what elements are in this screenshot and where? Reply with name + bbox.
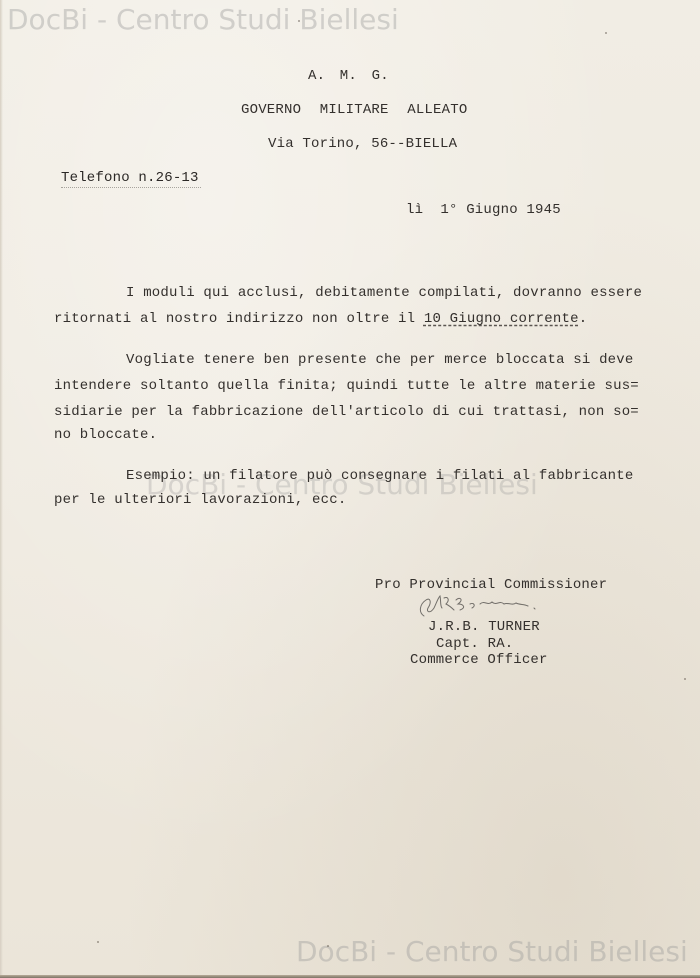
paragraph3-line2: per le ulteriori lavorazioni, ecc. [54,492,346,508]
signatory-rank: Capt. RA. [436,636,513,652]
deadline-underlined: 10 Giugno corrente [424,311,579,327]
letterhead-organization: GOVERNO MILITARE ALLEATO [241,102,467,118]
letterhead-address: Via Torino, 56--BIELLA [268,136,457,152]
paragraph2-line4: no bloccate. [54,427,157,443]
scanned-letter-page: DocBi - Centro Studi Biellesi DocBi - Ce… [0,0,700,978]
paragraph1-line2-suffix: . [579,311,588,327]
paper-speck [605,32,607,34]
telephone-dotted-line [61,187,201,190]
paper-speck [298,20,300,22]
paper-speck [684,678,686,680]
watermark-bottom: DocBi - Centro Studi Biellesi [296,935,688,968]
signatory-role: Commerce Officer [410,652,548,668]
letter-date: lì 1° Giugno 1945 [406,202,561,218]
paragraph2-line3: sidiarie per la fabbricazione dell'artic… [54,404,639,420]
letterhead-acronym: A. M. G. [308,68,389,84]
watermark-top: DocBi - Centro Studi Biellesi [7,3,399,36]
paragraph1-line2-prefix: ritornati al nostro indirizzo non oltre … [54,311,424,327]
paragraph3-line1: Esempio: un filatore può consegnare i fi… [126,468,633,484]
signatory-name: J.R.B. TURNER [428,619,540,635]
paragraph1-line2: ritornati al nostro indirizzo non oltre … [54,311,587,327]
paper-speck [97,941,99,943]
paragraph2-line2: intendere soltanto quella finita; quindi… [54,378,639,394]
paper-speck [327,945,329,947]
telephone-number: Telefono n.26-13 [61,170,199,186]
handwritten-signature-icon [410,590,550,620]
paper-left-edge [0,0,3,978]
paragraph1-line1: I moduli qui acclusi, debitamente compil… [126,285,642,301]
paragraph2-line1: Vogliate tenere ben presente che per mer… [126,352,633,368]
